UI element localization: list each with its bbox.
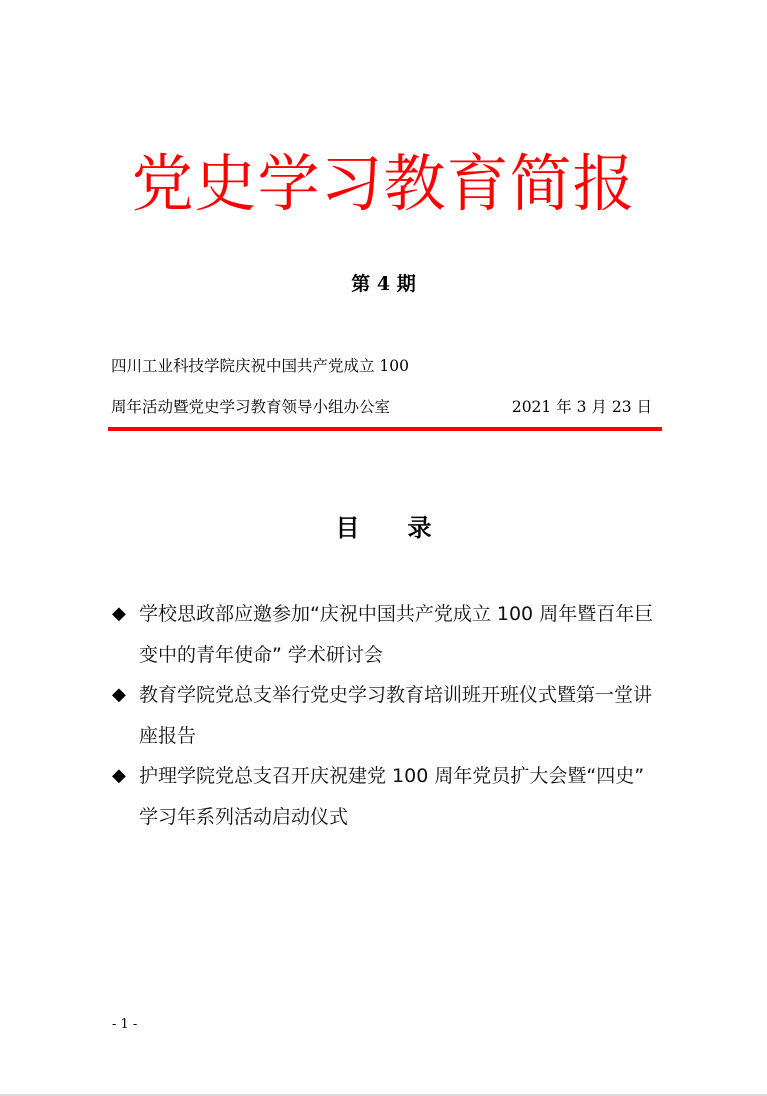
toc-item-label: 护理学院党总支召开庆祝建党 100 周年党员扩大会暨“四史” 学习年系列活动启动… [139,765,644,828]
toc-item-label: 学校思政部应邀参加“庆祝中国共产党成立 100 周年暨百年巨变中的青年使命” 学… [139,603,653,666]
bulletin-title: 党史学习教育简报 [0,148,767,220]
issuer-line-1: 四川工业科技学院庆祝中国共产党成立 100 [111,356,409,376]
toc-item[interactable]: ◆ 教育学院党总支举行党史学习教育培训班开班仪式暨第一堂讲座报告 [112,675,654,756]
toc-item-label: 教育学院党总支举行党史学习教育培训班开班仪式暨第一堂讲座报告 [139,684,652,747]
diamond-bullet-icon: ◆ [112,594,126,635]
toc-heading-char-1: 目 [336,513,360,543]
issue-number: 第 4 期 [0,272,767,296]
header-divider-rule [108,427,662,431]
document-page: 党史学习教育简报 第 4 期 四川工业科技学院庆祝中国共产党成立 100 周年活… [0,0,767,1094]
toc-list: ◆ 学校思政部应邀参加“庆祝中国共产党成立 100 周年暨百年巨变中的青年使命”… [112,594,672,837]
diamond-bullet-icon: ◆ [112,675,126,716]
toc-heading-char-2: 录 [408,513,432,543]
issuer-line-2: 周年活动暨党史学习教育领导小组办公室 [111,397,390,417]
toc-item[interactable]: ◆ 学校思政部应邀参加“庆祝中国共产党成立 100 周年暨百年巨变中的青年使命”… [112,594,654,675]
toc-heading: 目录 [0,513,767,543]
toc-item[interactable]: ◆ 护理学院党总支召开庆祝建党 100 周年党员扩大会暨“四史” 学习年系列活动… [112,756,654,837]
page-number: - 1 - [112,1017,137,1033]
diamond-bullet-icon: ◆ [112,756,126,797]
issue-date: 2021 年 3 月 23 日 [512,397,652,417]
